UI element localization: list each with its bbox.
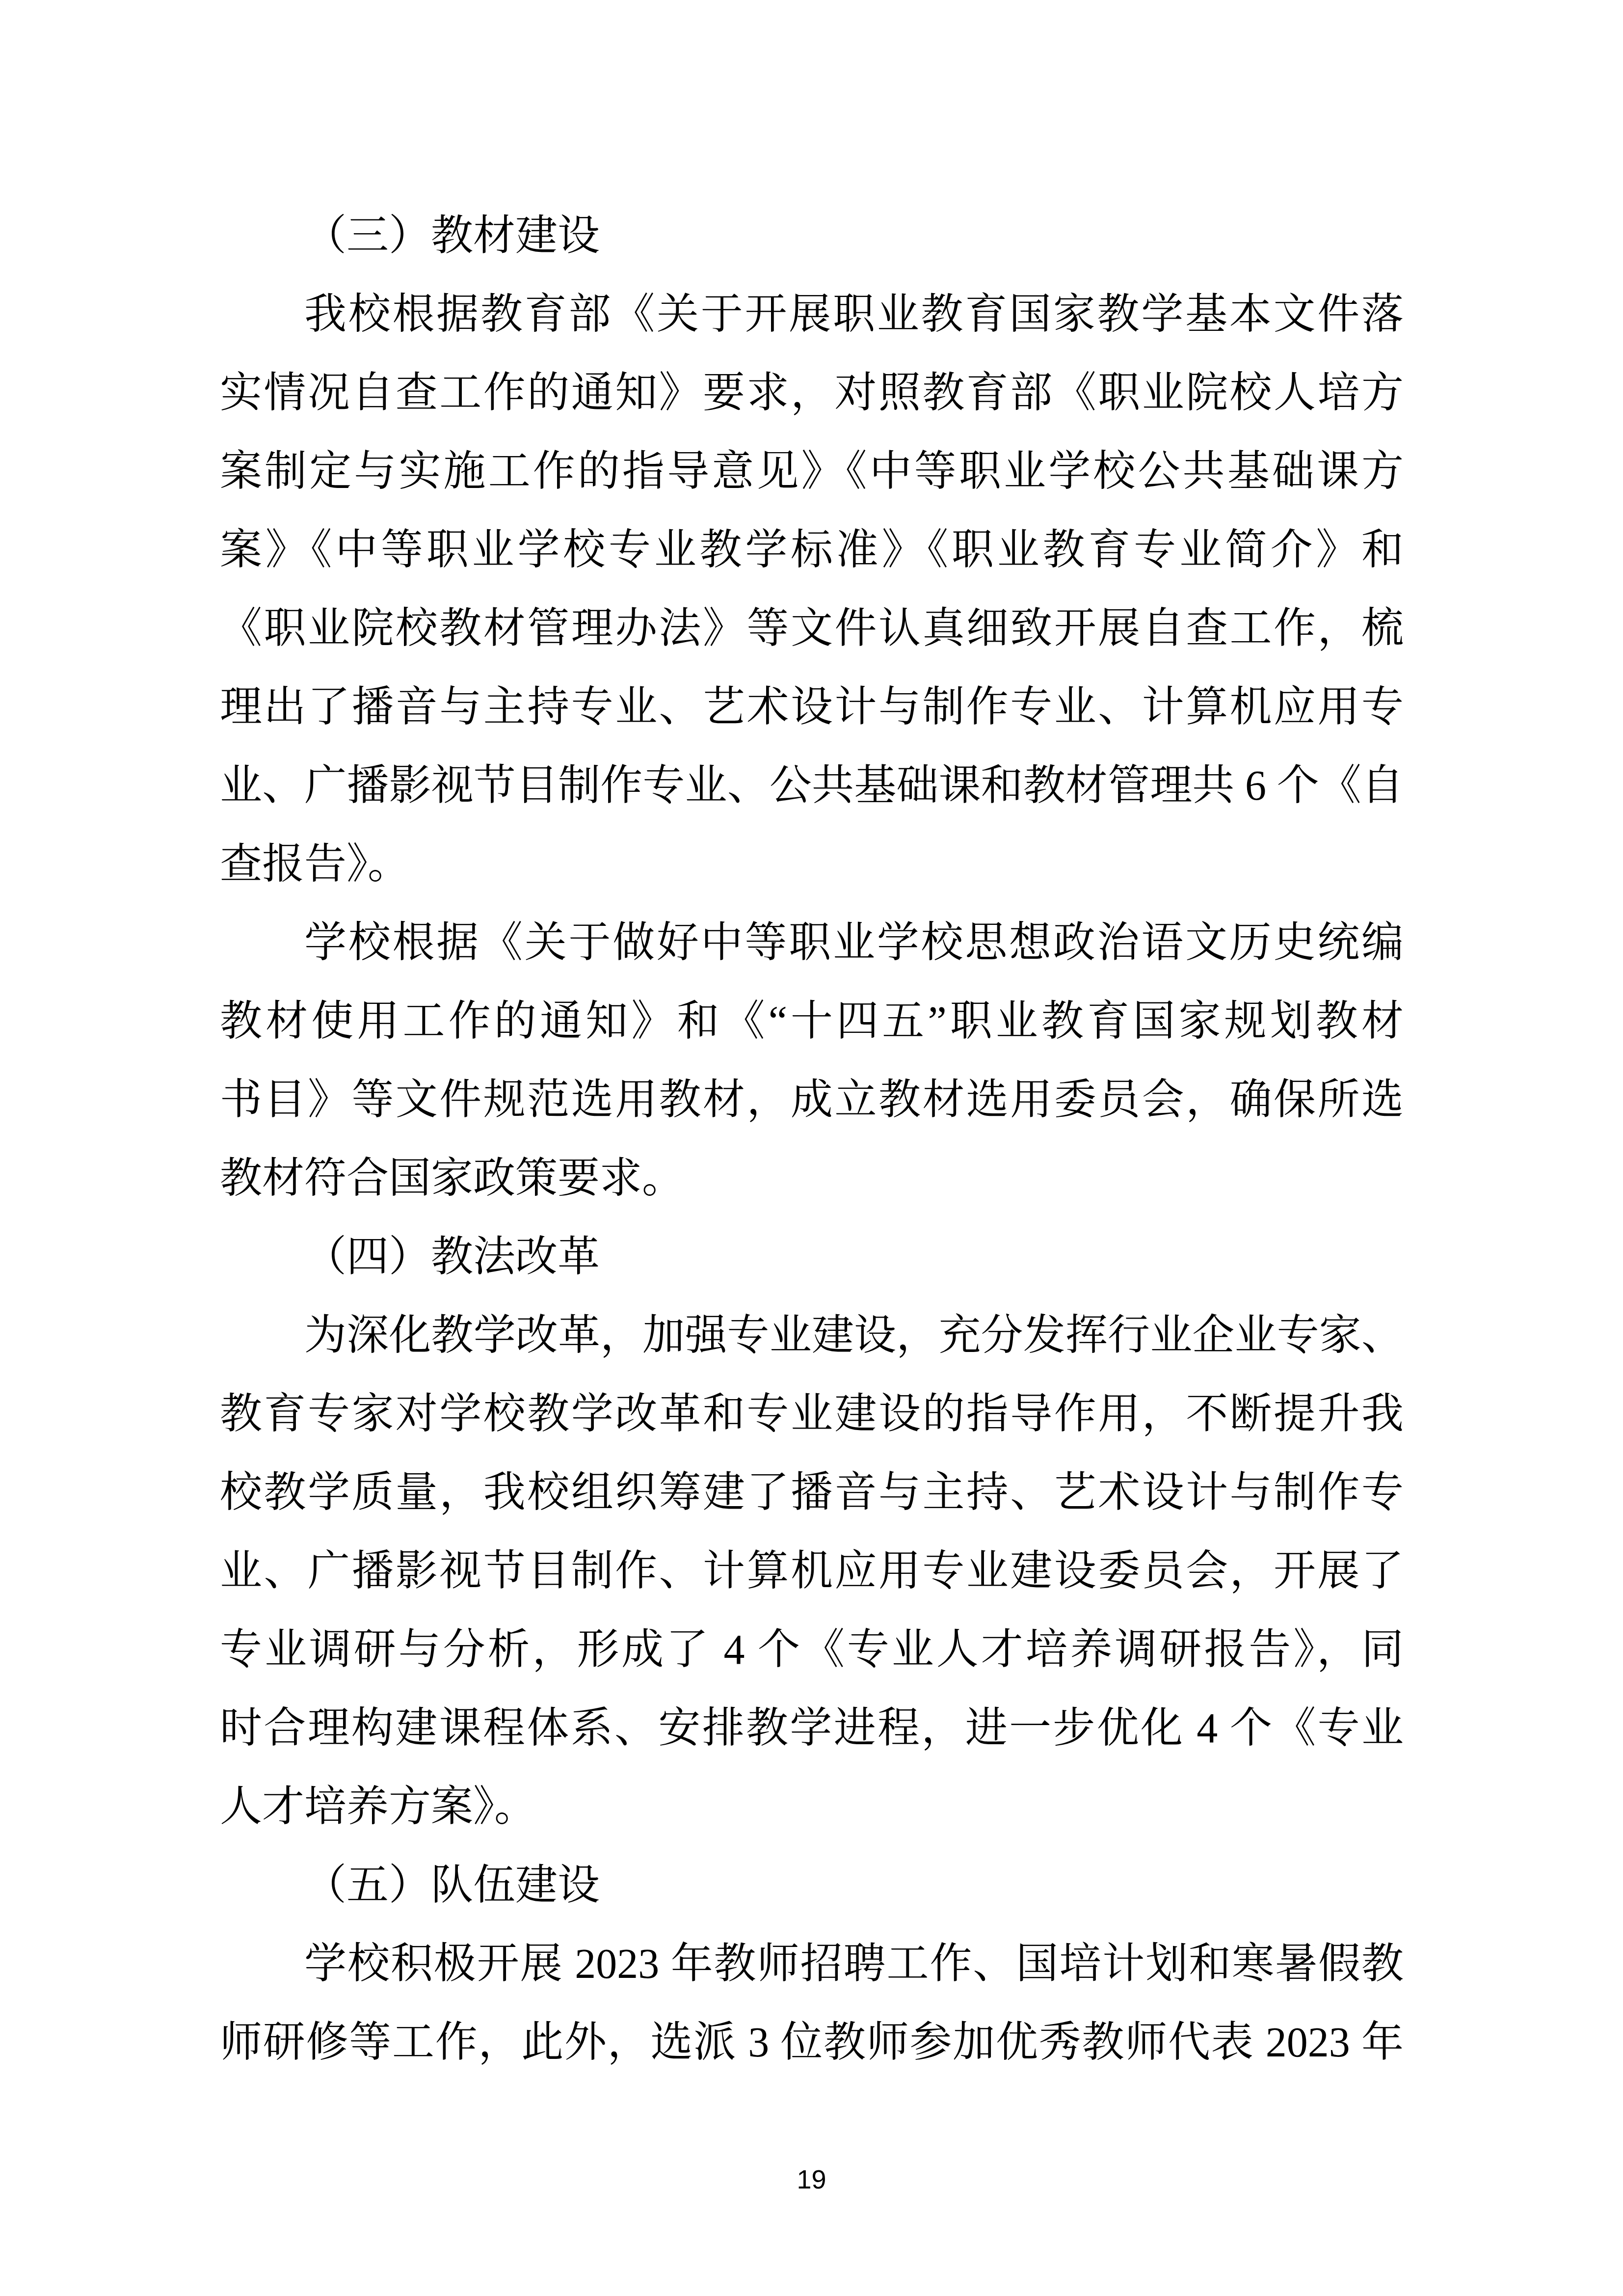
text-line: 学校积极开展 2023 年教师招聘工作、国培计划和寒暑假教 (220, 1924, 1404, 2003)
text-line: 时合理构建课程体系、安排教学进程，进一步优化 4 个《专业 (220, 1689, 1404, 1767)
text-line: 为深化教学改革，加强专业建设，充分发挥行业企业专家、 (220, 1296, 1404, 1375)
text-line: 业、广播影视节目制作专业、公共基础课和教材管理共 6 个《自 (220, 746, 1404, 825)
page-number: 19 (0, 2164, 1623, 2195)
text-line: 案》《中等职业学校专业教学标准》《职业教育专业简介》和 (220, 511, 1404, 589)
text-line: 师研修等工作，此外，选派 3 位教师参加优秀教师代表 2023 年 (220, 2003, 1404, 2081)
text-line: 理出了播音与主持专业、艺术设计与制作专业、计算机应用专 (220, 668, 1404, 746)
text-line: 《职业院校教材管理办法》等文件认真细致开展自查工作，梳 (220, 589, 1404, 668)
text-line: 我校根据教育部《关于开展职业教育国家教学基本文件落 (220, 275, 1404, 353)
text-line: 案制定与实施工作的指导意见》《中等职业学校公共基础课方 (220, 432, 1404, 511)
section-heading: （三）教材建设 (220, 196, 1404, 275)
text-line: 人才培养方案》。 (220, 1767, 1404, 1846)
text-line: 实情况自查工作的通知》要求，对照教育部《职业院校人培方 (220, 353, 1404, 432)
text-line: 校教学质量，我校组织筹建了播音与主持、艺术设计与制作专 (220, 1453, 1404, 1532)
text-line: 教育专家对学校教学改革和专业建设的指导作用，不断提升我 (220, 1375, 1404, 1453)
document-page: （三）教材建设 我校根据教育部《关于开展职业教育国家教学基本文件落 实情况自查工… (0, 0, 1623, 2296)
text-line: 学校根据《关于做好中等职业学校思想政治语文历史统编 (220, 903, 1404, 982)
text-line: 业、广播影视节目制作、计算机应用专业建设委员会，开展了 (220, 1532, 1404, 1610)
section-heading: （五）队伍建设 (220, 1846, 1404, 1924)
text-line: 教材使用工作的通知》和《“十四五”职业教育国家规划教材 (220, 982, 1404, 1060)
section-heading: （四）教法改革 (220, 1217, 1404, 1296)
text-line: 查报告》。 (220, 825, 1404, 903)
text-line: 书目》等文件规范选用教材，成立教材选用委员会，确保所选 (220, 1060, 1404, 1139)
text-line: 专业调研与分析，形成了 4 个《专业人才培养调研报告》，同 (220, 1610, 1404, 1689)
page-body: （三）教材建设 我校根据教育部《关于开展职业教育国家教学基本文件落 实情况自查工… (220, 196, 1404, 2081)
text-line: 教材符合国家政策要求。 (220, 1139, 1404, 1217)
